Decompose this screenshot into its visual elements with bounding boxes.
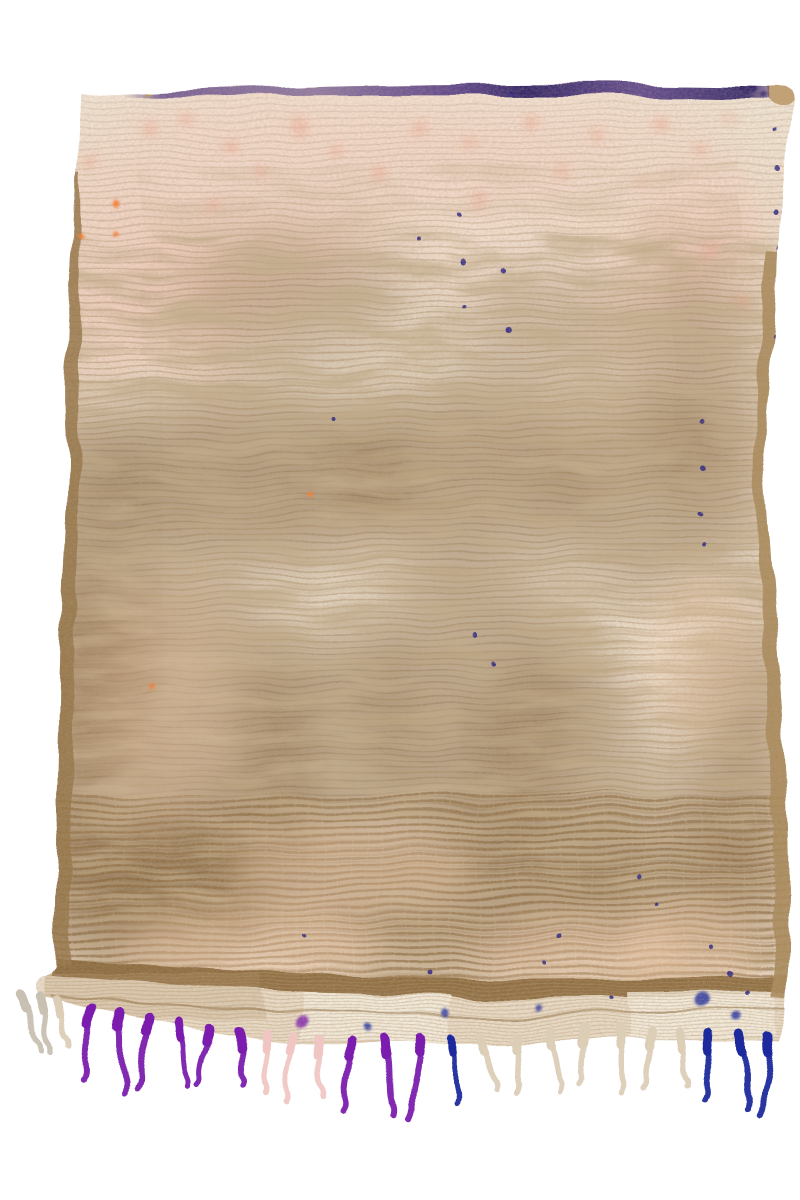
fringe-tassel — [56, 1000, 73, 1047]
fringe-tassel — [117, 1012, 125, 1093]
fringe-tassel — [198, 1026, 212, 1084]
rug — [10, 74, 798, 1118]
fringe-tassel — [263, 1032, 267, 1093]
fringe-tassel — [83, 1008, 94, 1079]
fringe-tassel — [383, 1040, 394, 1115]
fringe-tassel — [705, 1034, 714, 1101]
fringe-tassel — [514, 1032, 522, 1095]
fringe-tassel — [134, 1016, 148, 1088]
fringe-tassel — [645, 1031, 652, 1088]
fringe-tassel — [741, 1036, 750, 1111]
fringe-tassel — [237, 1030, 245, 1083]
fringe-tassel — [317, 1040, 327, 1097]
fringe-tassel — [345, 1042, 352, 1111]
fringe-tassel — [177, 1022, 191, 1086]
fringe-tassel — [758, 1038, 772, 1119]
fibre-grain-layer — [30, 75, 796, 1055]
fringe-tassel — [485, 1034, 496, 1091]
rug-photo — [0, 0, 800, 1200]
fringe-tassel — [285, 1036, 294, 1103]
photo-canvas — [0, 0, 800, 1200]
fringe-tassel — [405, 1038, 420, 1118]
rug-body — [10, 74, 798, 1059]
fringe-tassel — [451, 1036, 458, 1103]
